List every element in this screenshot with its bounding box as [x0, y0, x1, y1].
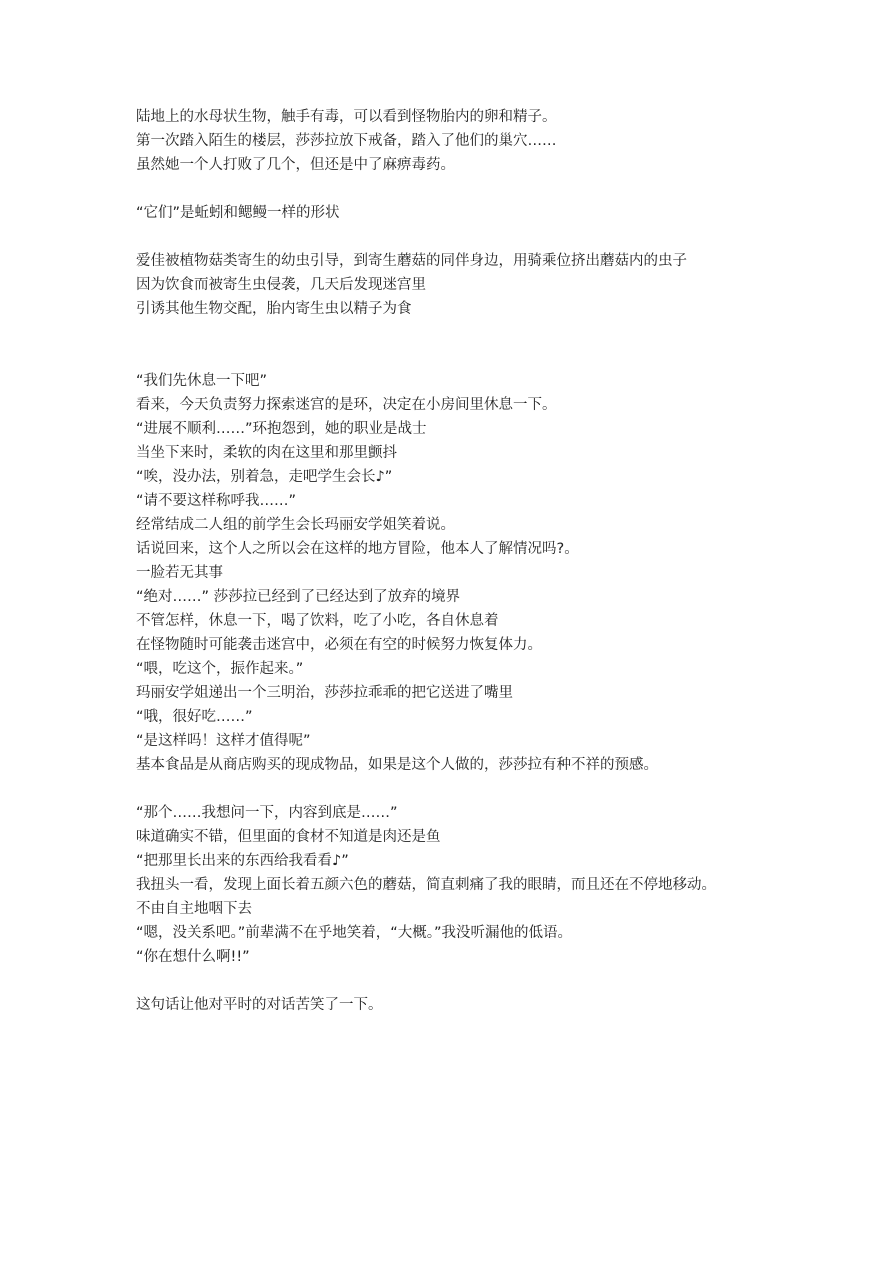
- text-line: 当坐下来时，柔软的肉在这里和那里颤抖: [136, 441, 836, 465]
- text-line: 这句话让他对平时的对话苦笑了一下。: [136, 993, 836, 1017]
- text-line: 不由自主地咽下去: [136, 897, 836, 921]
- text-line: “它们”是蚯蚓和鳃鳗一样的形状: [136, 201, 836, 225]
- paragraph: 陆地上的水母状生物，触手有毒，可以看到怪物胎内的卵和精子。 第一次踏入陌生的楼层…: [136, 105, 836, 177]
- text-line: “那个……我想问一下，内容到底是……”: [136, 801, 836, 825]
- text-line: “请不要这样称呼我……”: [136, 489, 836, 513]
- paragraph: “我们先休息一下吧” 看来，今天负责努力探索迷宫的是环，决定在小房间里休息一下。…: [136, 369, 836, 777]
- text-line: 玛丽安学姐递出一个三明治，莎莎拉乖乖的把它送进了嘴里: [136, 681, 836, 705]
- text-line: “嗯，没关系吧。”前辈满不在乎地笑着，“大概。”我没听漏他的低语。: [136, 921, 836, 945]
- text-line: 味道确实不错，但里面的食材不知道是肉还是鱼: [136, 825, 836, 849]
- blank-line: [136, 345, 836, 369]
- text-line: “我们先休息一下吧”: [136, 369, 836, 393]
- paragraph: “那个……我想问一下，内容到底是……” 味道确实不错，但里面的食材不知道是肉还是…: [136, 801, 836, 969]
- text-line: “喂，吃这个，振作起来。”: [136, 657, 836, 681]
- blank-line: [136, 225, 836, 249]
- text-line: 虽然她一个人打败了几个，但还是中了麻痹毒药。: [136, 153, 836, 177]
- blank-line: [136, 777, 836, 801]
- text-line: 话说回来，这个人之所以会在这样的地方冒险，他本人了解情况吗?。: [136, 537, 836, 561]
- text-line: “绝对……” 莎莎拉已经到了已经达到了放弃的境界: [136, 585, 836, 609]
- paragraph: 爱佳被植物菇类寄生的幼虫引导，到寄生蘑菇的同伴身边，用骑乘位挤出蘑菇内的虫子 因…: [136, 249, 836, 321]
- blank-line: [136, 321, 836, 345]
- text-line: 因为饮食而被寄生虫侵袭，几天后发现迷宫里: [136, 273, 836, 297]
- blank-line: [136, 177, 836, 201]
- text-line: 在怪物随时可能袭击迷宫中，必须在有空的时候努力恢复体力。: [136, 633, 836, 657]
- text-line: 基本食品是从商店购买的现成物品，如果是这个人做的，莎莎拉有种不祥的预感。: [136, 753, 836, 777]
- text-line: “把那里长出来的东西给我看看♪”: [136, 849, 836, 873]
- text-line: 引诱其他生物交配，胎内寄生虫以精子为食: [136, 297, 836, 321]
- text-line: 看来，今天负责努力探索迷宫的是环，决定在小房间里休息一下。: [136, 393, 836, 417]
- paragraph: “它们”是蚯蚓和鳃鳗一样的形状: [136, 201, 836, 225]
- text-line: 经常结成二人组的前学生会长玛丽安学姐笑着说。: [136, 513, 836, 537]
- text-line: 一脸若无其事: [136, 561, 836, 585]
- blank-line: [136, 969, 836, 993]
- document-page: 陆地上的水母状生物，触手有毒，可以看到怪物胎内的卵和精子。 第一次踏入陌生的楼层…: [136, 105, 836, 1017]
- text-line: “哦，很好吃……”: [136, 705, 836, 729]
- text-line: “进展不顺利……”环抱怨到，她的职业是战士: [136, 417, 836, 441]
- text-line: “你在想什么啊!!”: [136, 945, 836, 969]
- text-line: 不管怎样，休息一下，喝了饮料，吃了小吃，各自休息着: [136, 609, 836, 633]
- text-line: 爱佳被植物菇类寄生的幼虫引导，到寄生蘑菇的同伴身边，用骑乘位挤出蘑菇内的虫子: [136, 249, 836, 273]
- text-line: “唉，没办法，别着急，走吧学生会长♪”: [136, 465, 836, 489]
- text-line: 我扭头一看，发现上面长着五颜六色的蘑菇，简直刺痛了我的眼睛，而且还在不停地移动。: [136, 873, 836, 897]
- text-line: “是这样吗！这样才值得呢”: [136, 729, 836, 753]
- text-line: 第一次踏入陌生的楼层，莎莎拉放下戒备，踏入了他们的巢穴……: [136, 129, 836, 153]
- paragraph: 这句话让他对平时的对话苦笑了一下。: [136, 993, 836, 1017]
- text-line: 陆地上的水母状生物，触手有毒，可以看到怪物胎内的卵和精子。: [136, 105, 836, 129]
